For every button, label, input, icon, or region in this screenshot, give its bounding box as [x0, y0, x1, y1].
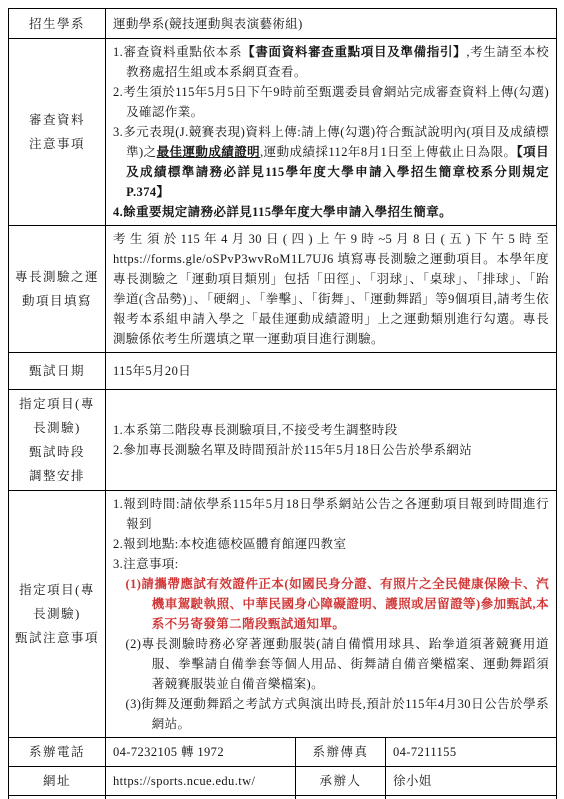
- paragraph: (2)專長測驗時務必穿著運動服裝(請自備慣用球具、跆拳道須著競賽用道服、拳擊請自…: [113, 634, 549, 694]
- paragraph: 1.報到時間:請依學系115年5月18日學系網站公告之各運動項目報到時間進行報到: [113, 494, 549, 534]
- exam-date-value: 115年5月20日: [106, 353, 557, 390]
- row-exam-date: 甄試日期 115年5月20日: [9, 353, 557, 390]
- paragraph: (3)街舞及運動舞蹈之考試方式與演出時長,預計於115年4月30日公告於學系網站…: [113, 694, 549, 730]
- text-segment: 【書面資料審查重點項目及準備指引】: [242, 45, 466, 59]
- paragraph: 3.多元表現(J.競賽表現)資料上傳:請上傳(勾選)符合甄試說明內(項目及成績標…: [113, 122, 549, 202]
- text-segment: 2.考生須於115年5月5日下午9時前至甄選委員會網站完成審查資料上傳(勾選)及…: [113, 85, 549, 119]
- paragraph: 2.參加專長測驗名單及時間預計於115年5月18日公告於學系網站: [113, 440, 549, 460]
- row-skill-test-sport-selection: 專長測驗之運 動項目填寫 考生須於115年4月30日(四)上午9時~5月8日(五…: [9, 226, 557, 353]
- text-segment: 2.參加專長測驗名單及時間預計於115年5月18日公告於學系網站: [113, 443, 472, 457]
- paragraph: 2.考生須於115年5月5日下午9時前至甄選委員會網站完成審查資料上傳(勾選)及…: [113, 82, 549, 122]
- review-material-notes-content: 1.審查資料重點依本系【書面資料審查重點項目及準備指引】,考生請至本校教務處招生…: [106, 39, 557, 226]
- paragraph: 2.報到地點:本校進德校區體育館運四教室: [113, 534, 549, 554]
- exam-date-label: 甄試日期: [9, 353, 106, 390]
- admission-info-table: 招生學系 運動學系(競技運動與表演藝術組) 審查資料 注意事項 1.審查資料重點…: [8, 8, 557, 730]
- admission-department-value: 運動學系(競技運動與表演藝術組): [106, 9, 557, 39]
- exam-timeslot-adjustment-content: 1.本系第二階段專長測驗項目,不接受考生調整時段2.參加專長測驗名單及時間預計於…: [106, 390, 557, 491]
- text-segment: 4.餘重要規定請務必詳見115學年度大學申請入學招生簡章。: [113, 205, 452, 219]
- text-segment: 1.報到時間:請依學系115年5月18日學系網站公告之各運動項目報到時間進行報到: [113, 497, 549, 531]
- text-segment: 1.本系第二階段專長測驗項目,不接受考生調整時段: [113, 423, 398, 437]
- skill-test-sport-selection-content: 考生須於115年4月30日(四)上午9時~5月8日(五)下午5時至 https:…: [106, 226, 557, 353]
- paragraph: 1.本系第二階段專長測驗項目,不接受考生調整時段: [113, 420, 549, 440]
- text-segment: 1.審查資料重點依本系: [113, 45, 242, 59]
- row-review-material-notes: 審查資料 注意事項 1.審查資料重點依本系【書面資料審查重點項目及準備指引】,考…: [9, 39, 557, 226]
- paragraph: 4.餘重要規定請務必詳見115學年度大學申請入學招生簡章。: [113, 202, 549, 222]
- text-segment: 考生須於115年4月30日(四)上午9時~5月8日(五)下午5時至 https:…: [113, 232, 549, 346]
- exam-notes-content: 1.報到時間:請依學系115年5月18日學系網站公告之各運動項目報到時間進行報到…: [106, 491, 557, 731]
- text-segment: ,運動成績採112年8月1日至上傳截止日為限。: [260, 145, 516, 159]
- admission-department-label: 招生學系: [9, 9, 106, 39]
- text-segment: 2.報到地點:本校進德校區體育館運四教室: [113, 537, 346, 551]
- text-segment: 最佳運動成績證明: [157, 145, 261, 159]
- row-exam-timeslot-adjustment: 指定項目(專 長測驗) 甄試時段 調整安排 1.本系第二階段專長測驗項目,不接受…: [9, 390, 557, 491]
- paragraph: 1.審查資料重點依本系【書面資料審查重點項目及準備指引】,考生請至本校教務處招生…: [113, 42, 549, 82]
- text-segment: 3.注意事項:: [113, 557, 179, 571]
- review-material-notes-label: 審查資料 注意事項: [9, 39, 106, 226]
- row-admission-department: 招生學系 運動學系(競技運動與表演藝術組): [9, 9, 557, 39]
- skill-test-sport-selection-label: 專長測驗之運 動項目填寫: [9, 226, 106, 353]
- text-segment: (1)請攜帶應試有效證件正本(如國民身分證、有照片之全民健康保險卡、汽機車駕駛執…: [126, 577, 550, 631]
- row-exam-notes: 指定項目(專 長測驗) 甄試注意事項 1.報到時間:請依學系115年5月18日學…: [9, 491, 557, 731]
- paragraph: 考生須於115年4月30日(四)上午9時~5月8日(五)下午5時至 https:…: [113, 229, 549, 349]
- exam-notes-label: 指定項目(專 長測驗) 甄試注意事項: [9, 491, 106, 731]
- exam-timeslot-adjustment-label: 指定項目(專 長測驗) 甄試時段 調整安排: [9, 390, 106, 491]
- text-segment: (3)街舞及運動舞蹈之考試方式與演出時長,預計於115年4月30日公告於學系網站…: [126, 697, 550, 730]
- text-segment: (2)專長測驗時務必穿著運動服裝(請自備慣用球具、跆拳道須著競賽用道服、拳擊請自…: [126, 637, 550, 691]
- paragraph: (1)請攜帶應試有效證件正本(如國民身分證、有照片之全民健康保險卡、汽機車駕駛執…: [113, 574, 549, 634]
- paragraph: 3.注意事項:: [113, 554, 549, 574]
